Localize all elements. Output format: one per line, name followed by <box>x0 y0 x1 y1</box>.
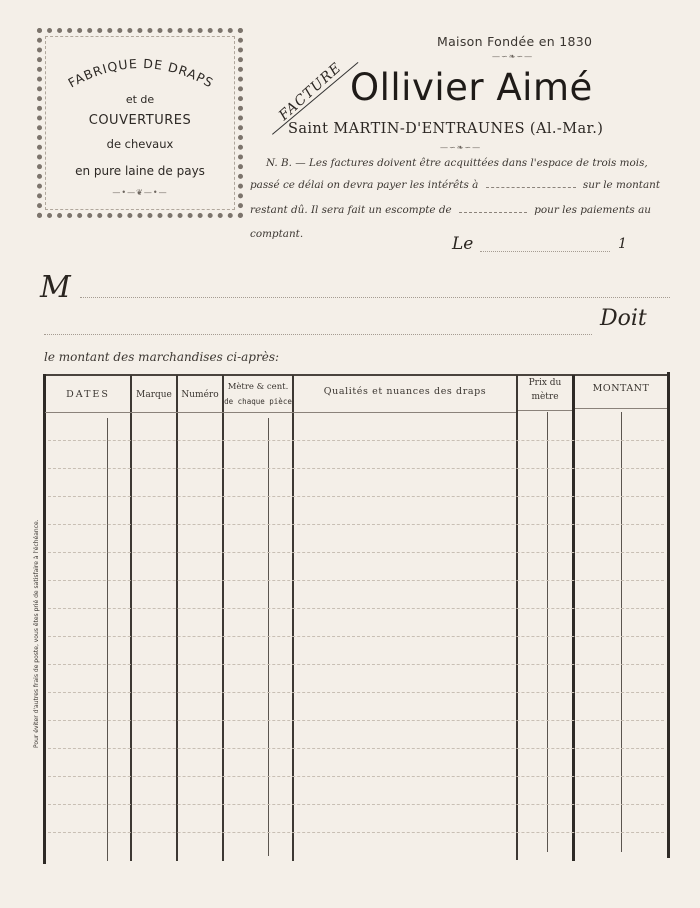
interest-rate-blank[interactable] <box>486 178 576 188</box>
couvertures-text: COUVERTURES <box>37 113 243 128</box>
addressee-line[interactable] <box>80 297 670 298</box>
terms-line-2-a: passé ce délai on devra payer les intérê… <box>250 179 478 191</box>
addressee-prefix: M <box>40 270 71 305</box>
col-header-prix-line1: Prix du <box>517 377 573 389</box>
table-row[interactable] <box>48 496 664 497</box>
header-bottom-line <box>45 412 516 413</box>
col-header-qualites: Qualités et nuances des draps <box>293 386 517 398</box>
col-divider-metre <box>292 375 294 861</box>
side-note: Pour éviter d'autres frais de poste, vou… <box>33 519 40 748</box>
prix-subdivider <box>547 412 548 852</box>
et-de-text: et de <box>37 93 243 106</box>
fabrique-title: FABRIQUE DE DRAPS <box>65 56 216 91</box>
table-top-border <box>44 374 670 376</box>
col-header-numero: Numéro <box>177 389 223 401</box>
top-separator: —∽❧∽— <box>492 52 533 61</box>
col-header-dates: DATES <box>45 389 131 401</box>
svg-text:FABRIQUE DE DRAPS: FABRIQUE DE DRAPS <box>65 56 216 91</box>
ornament-separator: —•—❦—•— <box>37 188 243 197</box>
col-divider-qualites <box>516 375 518 860</box>
founded-text: Maison Fondée en 1830 <box>437 34 592 49</box>
date-suffix: 1 <box>618 236 627 252</box>
table-row[interactable] <box>48 692 664 693</box>
table-row[interactable] <box>48 608 664 609</box>
table-row[interactable] <box>48 524 664 525</box>
terms-line-2: passé ce délai on devra payer les intérê… <box>250 177 660 194</box>
doit-label: Doit <box>600 306 647 331</box>
amount-intro: le montant des marchandises ci-après: <box>44 350 279 364</box>
terms-line-3-b: pour les paiements au <box>534 204 651 216</box>
bottom-separator: —∽❧∽— <box>440 143 481 152</box>
terms-line-2-b: sur le montant <box>583 179 660 191</box>
table-row[interactable] <box>48 552 664 553</box>
col-divider-prix <box>572 375 575 861</box>
de-chevaux-text: de chevaux <box>37 137 243 151</box>
dates-subdivider <box>107 418 108 861</box>
discount-blank[interactable] <box>459 203 527 213</box>
facture-label: FACTURE <box>276 60 345 124</box>
terms-line-3-a: restant dû. Il sera fait un escompte de <box>250 204 452 216</box>
terms-line-4: comptant. <box>250 226 303 243</box>
table-right-border <box>667 372 670 858</box>
metre-subdivider <box>268 418 269 856</box>
header-bottom-line-montant <box>575 408 667 409</box>
table-row[interactable] <box>48 776 664 777</box>
col-header-marque: Marque <box>131 389 177 401</box>
col-divider-marque <box>176 375 178 861</box>
col-header-prix-line2: mètre <box>517 391 573 403</box>
col-divider-numero <box>222 375 224 861</box>
col-divider-dates <box>130 375 132 861</box>
table-row[interactable] <box>48 832 664 833</box>
table-row[interactable] <box>48 440 664 441</box>
date-prefix: Le <box>452 234 473 254</box>
date-field-line[interactable] <box>480 251 610 252</box>
company-name: Ollivier Aimé <box>350 66 593 109</box>
col-header-metre-line2: de chaque pièce <box>223 396 293 408</box>
table-row[interactable] <box>48 636 664 637</box>
montant-subdivider <box>621 412 622 852</box>
pure-laine-text: en pure laine de pays <box>37 164 243 178</box>
table-row[interactable] <box>48 580 664 581</box>
addressee-line-2[interactable] <box>44 334 592 335</box>
col-header-metre-line1: Mètre & cent. <box>223 381 293 393</box>
table-row[interactable] <box>48 468 664 469</box>
ornamental-frame: FABRIQUE DE DRAPS et de COUVERTURES de c… <box>37 28 243 218</box>
terms-line-3: restant dû. Il sera fait un escompte de … <box>250 202 651 219</box>
table-row[interactable] <box>48 804 664 805</box>
col-header-montant: MONTANT <box>574 383 668 395</box>
terms-line-1: N. B. — Les factures doivent être acquit… <box>266 155 648 172</box>
table-row[interactable] <box>48 748 664 749</box>
header-bottom-line-prix <box>518 410 572 411</box>
table-row[interactable] <box>48 664 664 665</box>
table-left-border <box>43 374 46 864</box>
table-row[interactable] <box>48 720 664 721</box>
company-address: Saint MARTIN-D'ENTRAUNES (Al.-Mar.) <box>288 121 603 137</box>
